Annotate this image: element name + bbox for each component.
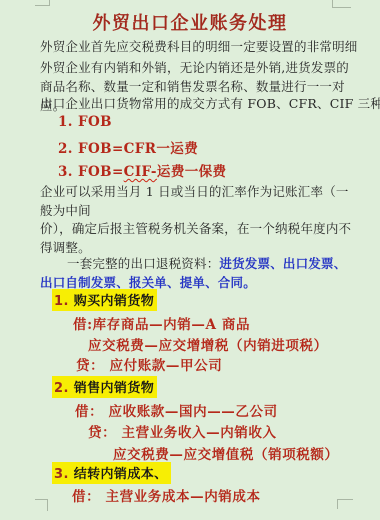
- journal-entry: 借： 主营业务成本—内销成本: [72, 485, 261, 505]
- section-2-heading: 2. 销售内销货物: [52, 376, 157, 398]
- text-boundary-mark-top-left: [35, 0, 50, 6]
- fob-item-3: 3. FOB=CIF-运费一保费: [58, 160, 226, 180]
- fob-item-3-prefix: 3. FOB=: [58, 164, 124, 180]
- journal-entry: 借： 应收账款—国内——乙公司: [75, 400, 278, 420]
- fob-item-1: 1. FOB: [58, 114, 112, 130]
- journal-entry: 贷： 主营业务收入—内销收入: [88, 421, 277, 441]
- text-boundary-mark-bottom-right: [337, 499, 353, 509]
- text-boundary-mark-bottom-left: [35, 499, 48, 511]
- paragraph-trade-terms: 出口企业出口货物常用的成交方式有 FOB、CFR、CIF 三种。: [40, 94, 380, 112]
- journal-entry: 应交税费—应交增值税（销项税额）: [113, 443, 339, 463]
- journal-entry: 借:库存商品—内销—A 商品: [73, 313, 250, 333]
- text-boundary-mark-top-right: [332, 0, 351, 8]
- fob-item-3-cif-wavy: CIF-: [124, 164, 157, 180]
- rebate-docs-label: 一套完整的出口退税资料：: [67, 256, 219, 271]
- section-2-number: 2.: [54, 381, 69, 396]
- paragraph-intro: 外贸企业首先应交税费科目的明细一定要设置的非常明细: [40, 37, 358, 55]
- section-3-heading-text: 结转内销成本、: [74, 467, 168, 482]
- section-3-number: 3.: [54, 467, 69, 482]
- section-3-heading: 3. 结转内销成本、: [52, 462, 171, 484]
- document-page: 外贸出口企业账务处理 外贸企业首先应交税费科目的明细一定要设置的非常明细 外贸企…: [0, 0, 380, 520]
- paragraph-rebate-documents: 一套完整的出口退税资料：进货发票、出口发票、出口自制发票、报关单、提单、合同。: [40, 254, 353, 292]
- journal-entry: 应交税费—应交增增税（内销进项税）: [88, 334, 328, 354]
- page-title: 外贸出口企业账务处理: [0, 9, 380, 35]
- section-1-number: 1.: [54, 294, 69, 309]
- paragraph-exchange-rate-1: 企业可以采用当月 1 日或当日的汇率作为记账汇率（一般为中间: [40, 182, 352, 220]
- fob-item-2: 2. FOB=CFR一运费: [58, 137, 198, 157]
- fob-item-3-suffix: 运费一保费: [157, 164, 227, 180]
- section-2-heading-text: 销售内销货物: [74, 381, 154, 396]
- section-1-heading-text: 购买内销货物: [74, 294, 154, 309]
- paragraph-exchange-rate-2: 价），确定后报主管税务机关备案，在一个纳税年度内不得调整。: [40, 219, 352, 257]
- section-1-heading: 1. 购买内销货物: [52, 289, 157, 311]
- journal-entry: 贷： 应付账款—甲公司: [76, 354, 222, 374]
